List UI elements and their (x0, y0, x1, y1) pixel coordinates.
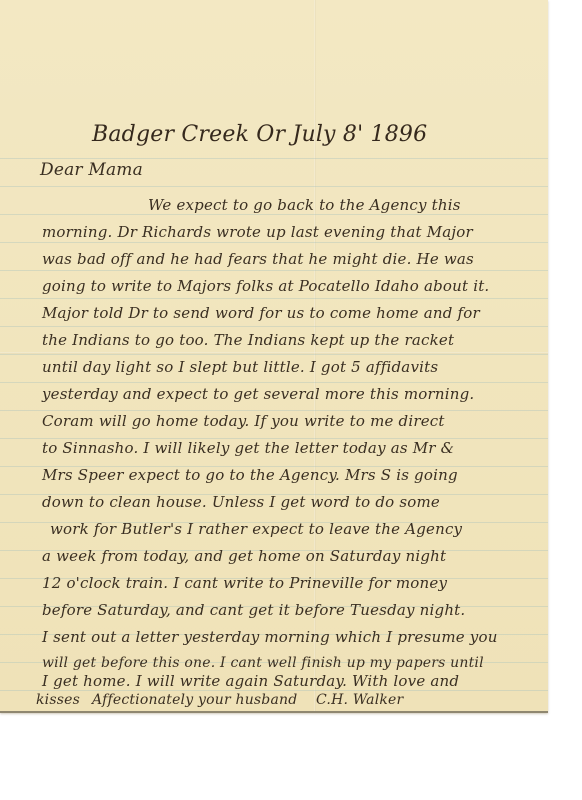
letter-line: yesterday and expect to get several more… (42, 385, 474, 403)
paper-bottom-edge (0, 711, 548, 713)
letter-page: Badger Creek Or July 8' 1896 Dear Mama W… (0, 0, 548, 713)
letter-line: the Indians to go too. The Indians kept … (42, 331, 454, 349)
ruled-line (0, 158, 548, 159)
ruled-line (0, 298, 548, 299)
ruled-line (0, 242, 548, 243)
ruled-line (0, 410, 548, 411)
ruled-line (0, 690, 548, 691)
letter-heading: Badger Creek Or July 8' 1896 (92, 122, 427, 147)
letter-line: Mrs Speer expect to go to the Agency. Mr… (42, 466, 458, 484)
letter-line: down to clean house. Unless I get word t… (42, 493, 440, 511)
ruled-line (0, 214, 548, 215)
ruled-line (0, 382, 548, 383)
letter-line: will get before this one. I cant well fi… (42, 655, 484, 671)
letter-line: 12 o'clock train. I cant write to Prinev… (42, 574, 447, 592)
letter-line: before Saturday, and cant get it before … (42, 601, 465, 619)
closing-kisses: kisses (36, 692, 80, 708)
letter-line: a week from today, and get home on Satur… (42, 547, 446, 565)
letter-line: We expect to go back to the Agency this (148, 196, 461, 214)
letter-line: was bad off and he had fears that he mig… (42, 250, 474, 268)
letter-line: I get home. I will write again Saturday.… (42, 672, 459, 690)
ruled-line (0, 354, 548, 355)
salutation: Dear Mama (40, 160, 143, 180)
letter-line: I sent out a letter yesterday morning wh… (42, 628, 498, 646)
ruled-line (0, 186, 548, 187)
letter-line: until day light so I slept but little. I… (42, 358, 438, 376)
ruled-line (0, 270, 548, 271)
letter-line: work for Butler's I rather expect to lea… (50, 520, 462, 538)
letter-line: to Sinnasho. I will likely get the lette… (42, 439, 454, 457)
ruled-line (0, 326, 548, 327)
letter-line: morning. Dr Richards wrote up last eveni… (42, 223, 473, 241)
signature: C.H. Walker (316, 692, 403, 708)
letter-line: going to write to Majors folks at Pocate… (42, 277, 489, 295)
letter-line: Coram will go home today. If you write t… (42, 412, 445, 430)
letter-line: Major told Dr to send word for us to com… (42, 304, 480, 322)
closing-text: Affectionately your husband (92, 692, 297, 708)
